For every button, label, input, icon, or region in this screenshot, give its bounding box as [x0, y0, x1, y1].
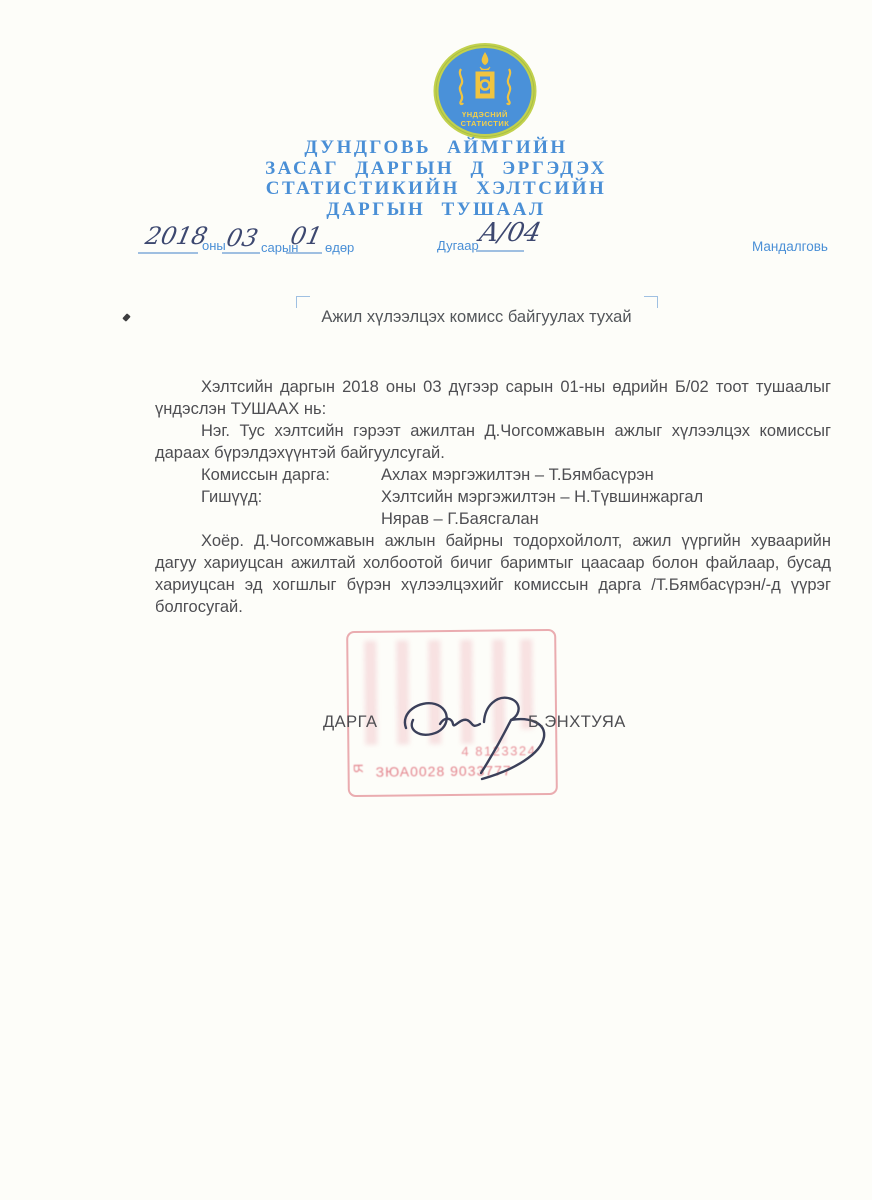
number-label: Дугаар — [437, 238, 479, 253]
document-title: Ажил хүлээлцэх комисс байгуулах тухай — [296, 308, 657, 327]
title-bracket-left — [296, 296, 310, 308]
title-bracket-right — [644, 296, 658, 308]
day-label: өдөр — [325, 240, 354, 255]
month-underline — [222, 252, 260, 254]
stamp-side-letter: Я — [351, 764, 366, 774]
paragraph-one: Нэг. Тус хэлтсийн гэрээт ажилтан Д.Чогсо… — [155, 420, 831, 464]
signer-role-label: ДАРГА — [323, 713, 378, 732]
ink-speck — [122, 313, 130, 322]
committee-member: Нярав – Г.Баясгалан — [381, 508, 831, 530]
number-underline — [476, 250, 524, 252]
scanned-document-page: ҮНДЭСНИЙ СТАТИСТИК ДУНДГОВЬ АЙМГИЙН ЗАСА… — [0, 0, 872, 1200]
paragraph-basis: Хэлтсийн даргын 2018 оны 03 дүгээр сарын… — [155, 376, 831, 420]
letterhead-line-1: ДУНДГОВЬ АЙМГИЙН — [0, 138, 872, 159]
committee-role: Гишүүд: — [201, 486, 381, 508]
place-label: Мандалговь — [752, 239, 828, 254]
emblem-text-bottom: СТАТИСТИК — [461, 119, 510, 128]
committee-member: Ахлах мэргэжилтэн – Т.Бямбасүрэн — [381, 464, 831, 486]
committee-role: Комиссын дарга: — [201, 464, 381, 486]
letterhead-line-3: СТАТИСТИКИЙН ХЭЛТСИЙН — [0, 179, 872, 200]
letterhead-line-4: ДАРГЫН ТУШААЛ — [0, 200, 872, 221]
document-body: Хэлтсийн даргын 2018 оны 03 дүгээр сарын… — [155, 376, 831, 618]
committee-row: Комиссын дарга: Ахлах мэргэжилтэн – Т.Бя… — [155, 464, 831, 486]
emblem-icon: ҮНДЭСНИЙ СТАТИСТИК — [433, 43, 537, 139]
paragraph-two: Хоёр. Д.Чогсомжавын ажлын байрны тодорхо… — [155, 530, 831, 618]
handwritten-day: 01 — [288, 222, 324, 250]
year-underline — [138, 252, 198, 254]
day-underline — [286, 252, 322, 254]
committee-row: Гишүүд: Хэлтсийн мэргэжилтэн – Н.Түвшинж… — [155, 486, 831, 508]
emblem-text-top: ҮНДЭСНИЙ — [462, 110, 508, 119]
letterhead-title: ДУНДГОВЬ АЙМГИЙН ЗАСАГ ДАРГЫН Д ЭРГЭДЭХ … — [0, 138, 872, 220]
committee-member: Хэлтсийн мэргэжилтэн – Н.Түвшинжаргал — [381, 486, 831, 508]
year-label: оны — [202, 238, 226, 253]
committee-role — [201, 508, 381, 530]
committee-row: Нярав – Г.Баясгалан — [155, 508, 831, 530]
signer-name: Б.ЭНХТУЯА — [528, 713, 626, 732]
statistics-office-emblem: ҮНДЭСНИЙ СТАТИСТИК — [433, 43, 537, 139]
handwritten-year: 2018 — [143, 222, 210, 250]
handwritten-number: A/04 — [477, 218, 544, 248]
letterhead-line-2: ЗАСАГ ДАРГЫН Д ЭРГЭДЭХ — [0, 159, 872, 180]
handwritten-month: 03 — [224, 224, 260, 252]
